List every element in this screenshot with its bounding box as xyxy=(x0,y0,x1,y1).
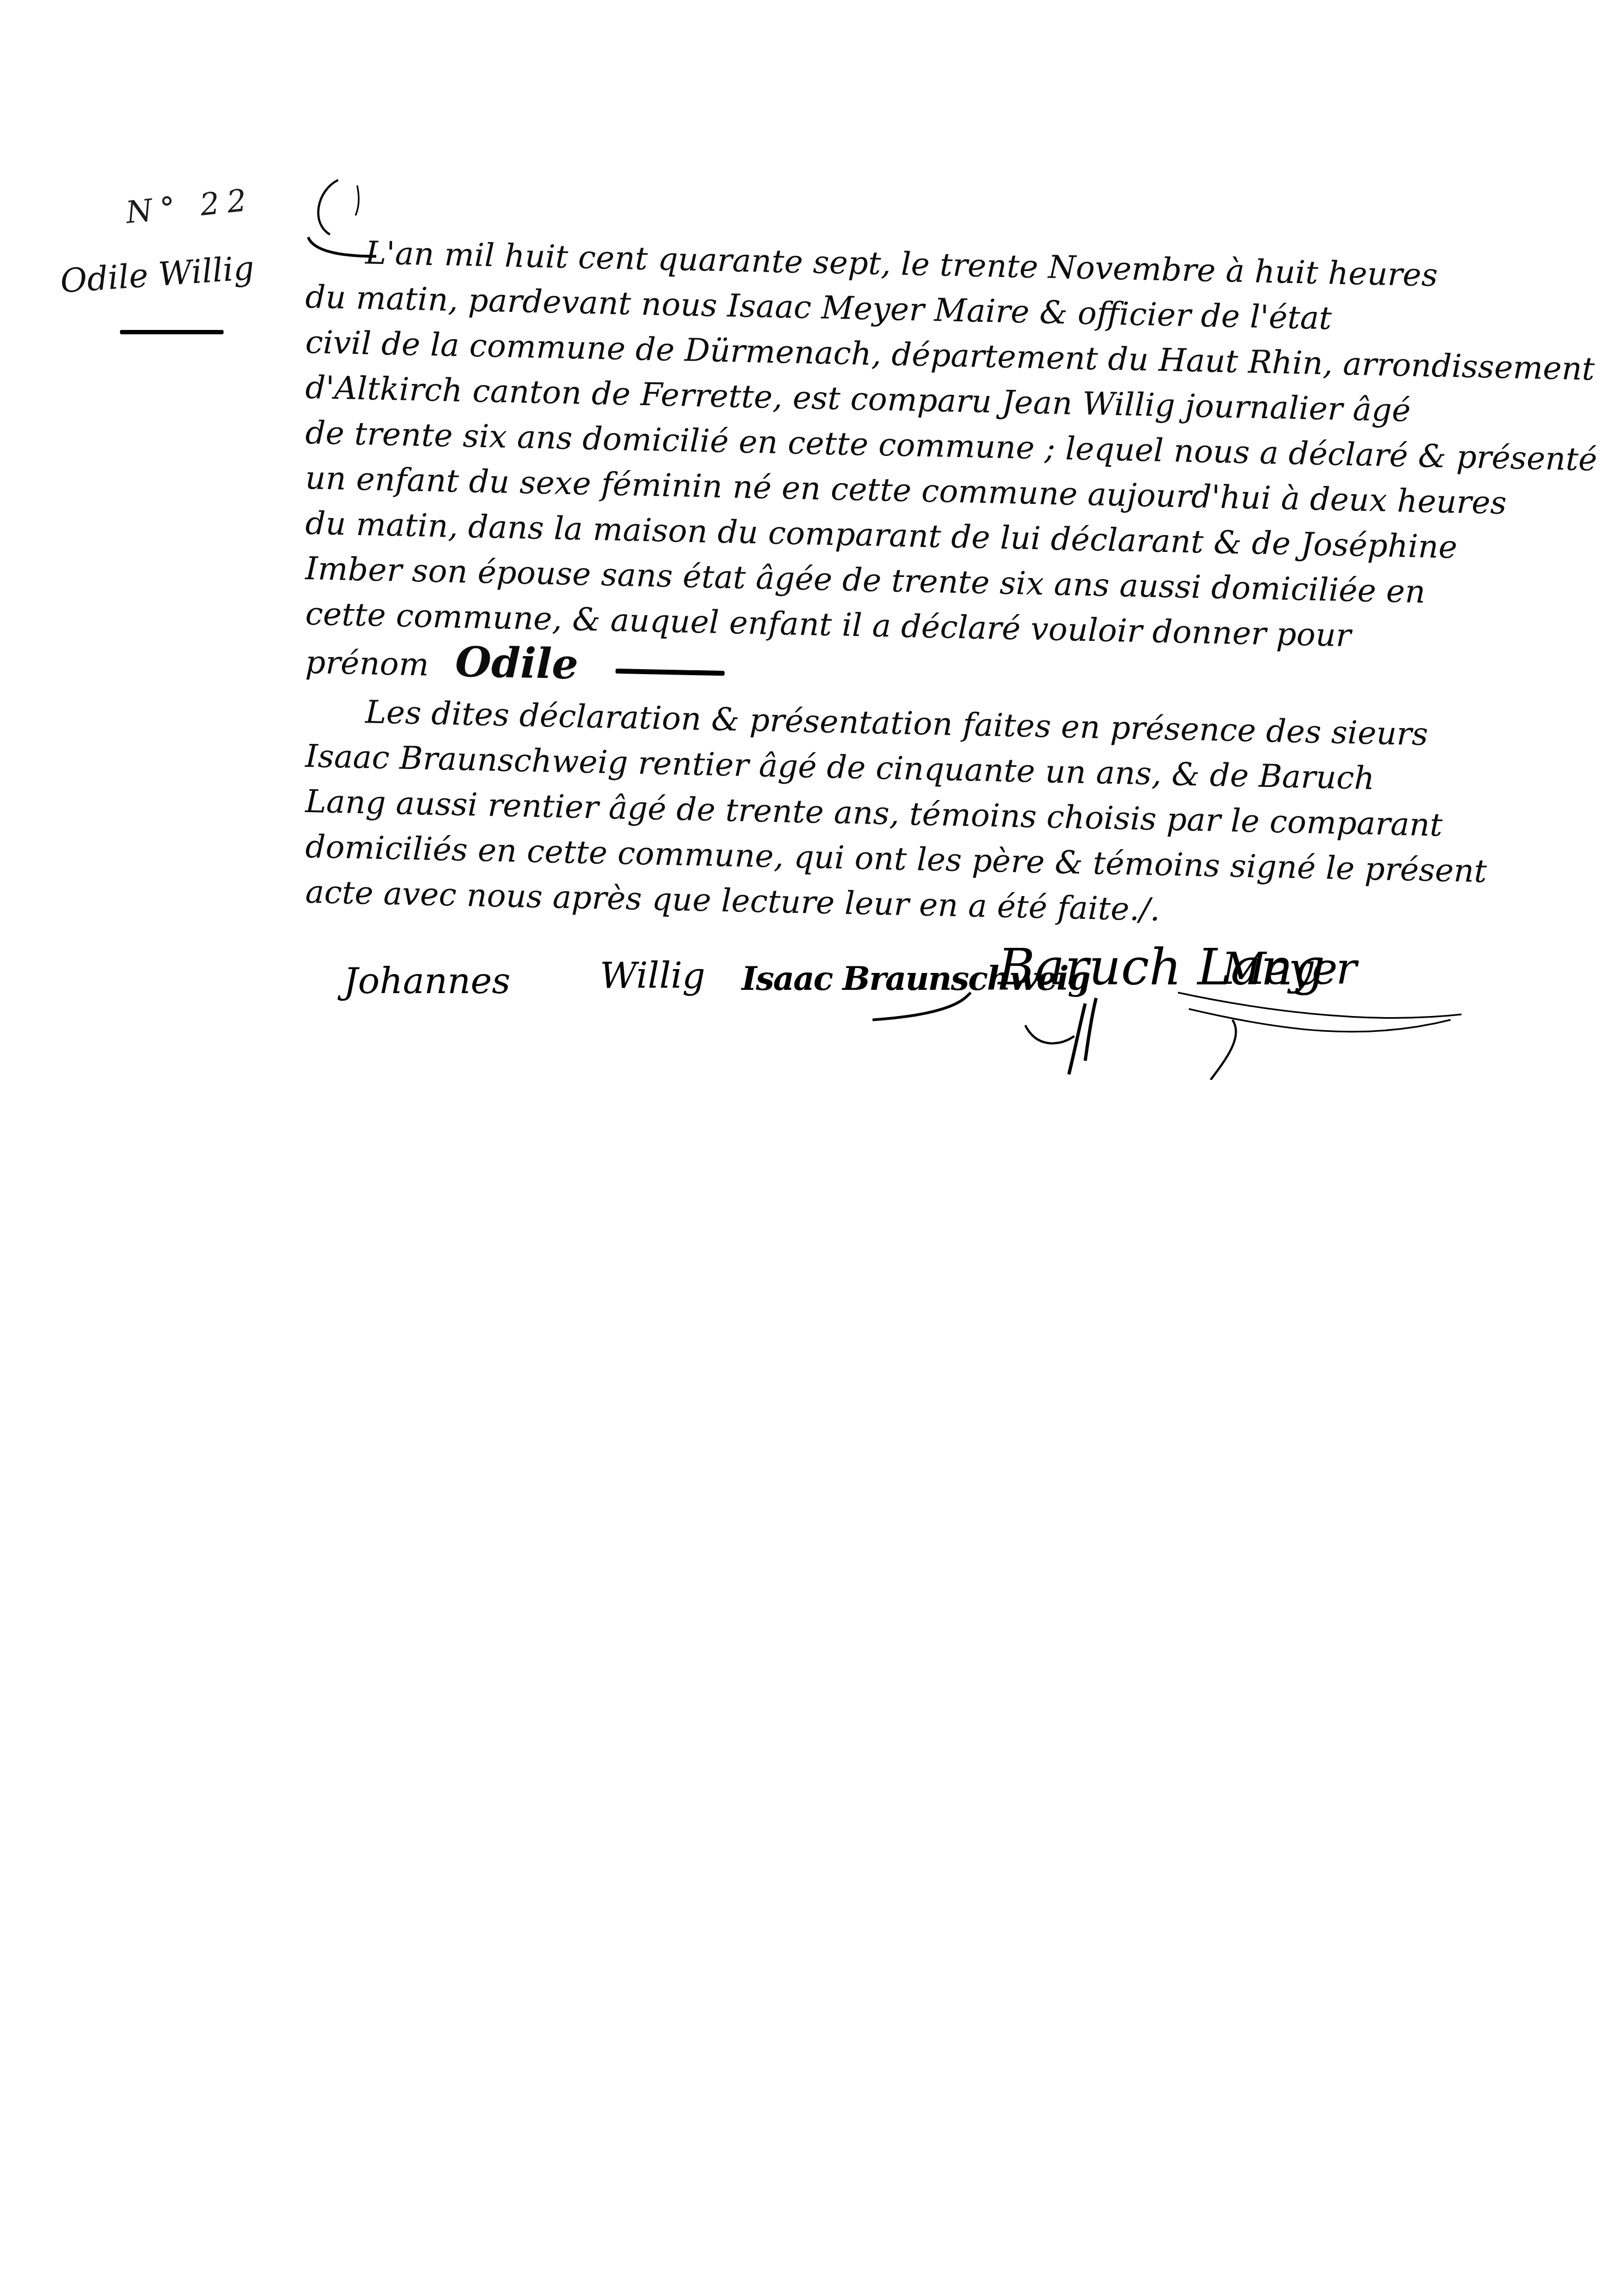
signature-johannes: Johannes xyxy=(344,960,510,1002)
prenom-label: prénom xyxy=(305,644,429,683)
entry-number: N° 22 xyxy=(124,176,318,231)
child-given-name: Odile xyxy=(455,638,579,689)
line-terminator-dash xyxy=(615,669,724,676)
signature-block: Johannes Willig Isaac Braunschweig Baruc… xyxy=(327,938,1581,1080)
margin-note: N° 22 Odile Willig xyxy=(60,185,316,334)
record-body: L'an mil huit cent quarante sept, le tre… xyxy=(305,229,1560,915)
paragraph-witnesses: Les dites déclaration & présentation fai… xyxy=(305,688,1560,914)
signature-flourish-icon xyxy=(327,938,1581,1080)
signature-willig: Willig xyxy=(600,954,705,996)
paragraph-declaration: L'an mil huit cent quarante sept, le tre… xyxy=(305,229,1560,684)
margin-child-name: Odile Willig xyxy=(59,245,317,301)
scanned-page: N° 22 Odile Willig L'an mil huit cent qu… xyxy=(0,0,1624,2296)
signature-mayor: Meyer xyxy=(1222,943,1355,994)
margin-underline xyxy=(120,330,224,334)
